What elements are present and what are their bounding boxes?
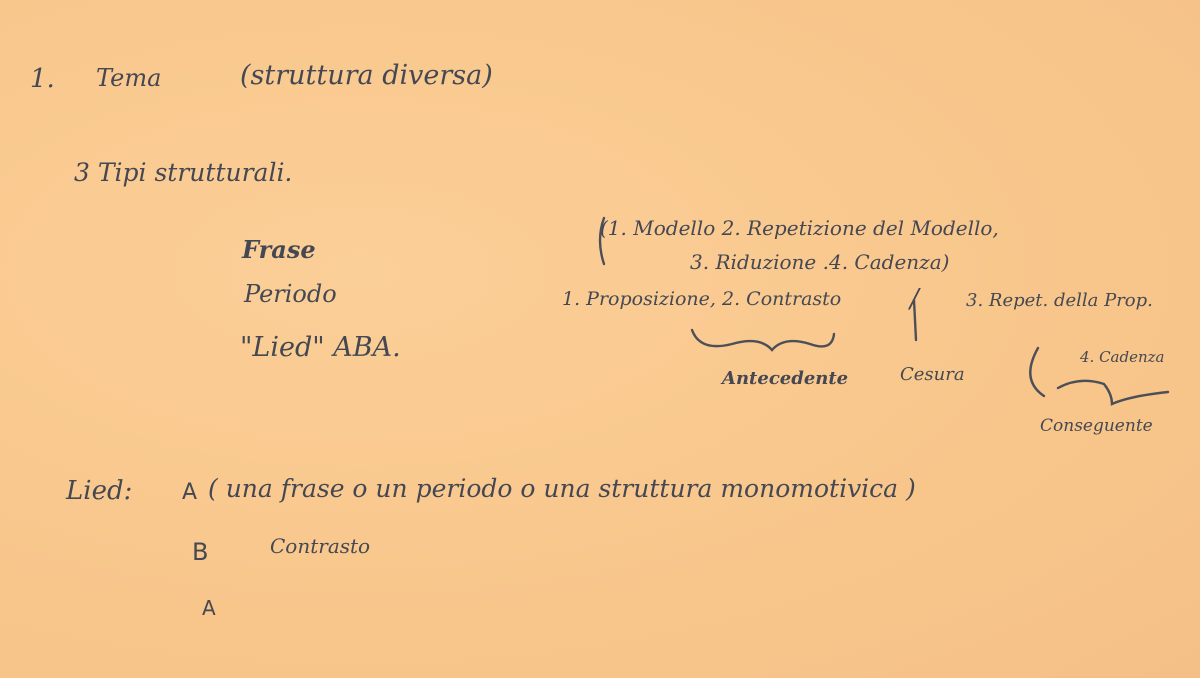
- lied-section-a-letter: A: [182, 482, 203, 504]
- types-header: 3 Tipi strutturali.: [74, 160, 292, 185]
- ink-marks: [0, 0, 1200, 678]
- type-periodo-label: Periodo: [244, 282, 337, 306]
- heading-subtitle: (struttura diversa): [240, 62, 493, 89]
- frase-description: (1. Modello 2. Repetizione del Modello,: [600, 218, 999, 238]
- conseguente-bracket-icon: [1030, 348, 1044, 396]
- antecedente-brace-icon: [692, 330, 834, 350]
- type-lied-label: "Lied" ABA.: [240, 334, 401, 361]
- lied-section-b-text: Contrasto: [270, 536, 370, 556]
- type-frase-label: Frase: [242, 238, 316, 262]
- conseguente-label: Conseguente: [1040, 418, 1153, 435]
- periodo-description-right: 3. Repet. della Prop.: [966, 292, 1153, 310]
- lied-section-a-text: ( una frase o un periodo o una struttura…: [208, 476, 916, 501]
- periodo-description: 1. Proposizione, 2. Contrasto: [562, 290, 841, 309]
- cesura-mark: /: [910, 286, 919, 312]
- cadenza-label: 4. Cadenza: [1080, 350, 1165, 365]
- cesura-label: Cesura: [900, 366, 965, 384]
- frase-description-line2: 3. Riduzione .4. Cadenza): [690, 252, 949, 272]
- antecedente-label: Antecedente: [722, 370, 848, 388]
- heading-title: Tema: [96, 66, 161, 90]
- lied-section-a2-letter: A: [202, 598, 222, 618]
- lied-section-b-letter: B: [192, 540, 214, 564]
- lied-label: Lied:: [66, 478, 132, 504]
- heading-number: 1.: [30, 66, 55, 92]
- conseguente-brace-icon: [1058, 381, 1168, 404]
